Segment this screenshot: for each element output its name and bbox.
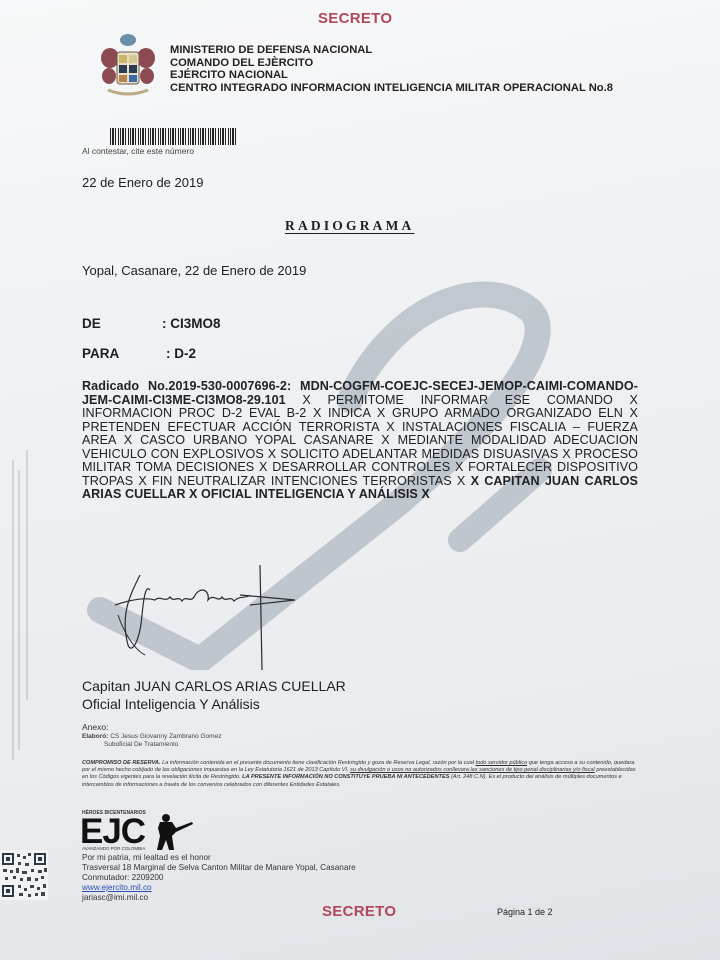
soldier-silhouette-icon [150, 812, 196, 852]
qr-code-icon [0, 850, 48, 900]
barcode-caption: Al contestar, cite este número [82, 146, 194, 156]
ejc-logo: EJC [80, 817, 145, 847]
classification-top: SECRETO [318, 10, 392, 27]
confidentiality-title: COMPROMISO DE RESERVA. [82, 760, 161, 766]
to-value: : D-2 [166, 346, 196, 361]
prepared-by-role: Suboficial De Tratamiento [82, 741, 221, 749]
confidentiality-text: todo servidor público [476, 760, 528, 766]
confidentiality-disclaimer: LA PRESENTE INFORMACIÓN NO CONSTITUYE PR… [242, 774, 449, 780]
to-label: PARA [82, 346, 119, 361]
confidentiality-text: La información contenida en el presente … [161, 760, 476, 766]
signer-name: Capitan JUAN CARLOS ARIAS CUELLAR [82, 678, 346, 694]
letterhead-line: COMANDO DEL EJÈRCITO [170, 57, 613, 70]
signer-role: Oficial Inteligencia Y Análisis [82, 696, 260, 712]
letterhead: MINISTERIO DE DEFENSA NACIONAL COMANDO D… [170, 44, 613, 94]
place-date: Yopal, Casanare, 22 de Enero de 2019 [82, 263, 306, 278]
prepared-by: Elaboró: CS Jesus Giovanny Zambrano Gome… [82, 733, 221, 749]
signature [110, 555, 310, 680]
prepared-by-label: Elaboró: [82, 733, 108, 740]
document-date: 22 de Enero de 2019 [82, 175, 203, 190]
confidentiality-text: su divulgación o usos no autorizados con… [350, 767, 595, 773]
letterhead-line: EJÉRCITO NACIONAL [170, 69, 613, 82]
from-label: DE [82, 316, 101, 331]
letterhead-line: CENTRO INTEGRADO INFORMACION INTELIGENCI… [170, 82, 613, 95]
website-link[interactable]: www.ejercito.mil.co [82, 883, 152, 892]
confidentiality-notice: COMPROMISO DE RESERVA. La información co… [82, 760, 642, 789]
annex-label: Anexo: [82, 722, 108, 732]
prepared-by-name: CS Jesus Giovanny Zambrano Gomez [110, 733, 221, 740]
motto: Por mi patria, mi lealtad es el honor [82, 853, 211, 862]
barcode-icon [110, 128, 238, 145]
document-title: RADIOGRAMA [285, 218, 415, 234]
army-coat-of-arms-icon [100, 30, 156, 98]
phone: Conmutador: 2209200 [82, 873, 163, 882]
message-body: Radicado No.2019-530-0007696-2: MDN-COGF… [82, 380, 638, 502]
ejc-tagline: AVANZANDO POR COLOMBIA [82, 846, 145, 851]
side-margin-note [8, 450, 48, 770]
page-number: Página 1 de 2 [497, 907, 553, 917]
email-address: jariasc@imi.mil.co [82, 893, 148, 902]
from-value: : CI3MO8 [162, 316, 221, 331]
letterhead-line: MINISTERIO DE DEFENSA NACIONAL [170, 44, 613, 57]
classification-bottom: SECRETO [322, 903, 396, 920]
address: Trasversal 18 Marginal de Selva Canton M… [82, 863, 356, 872]
